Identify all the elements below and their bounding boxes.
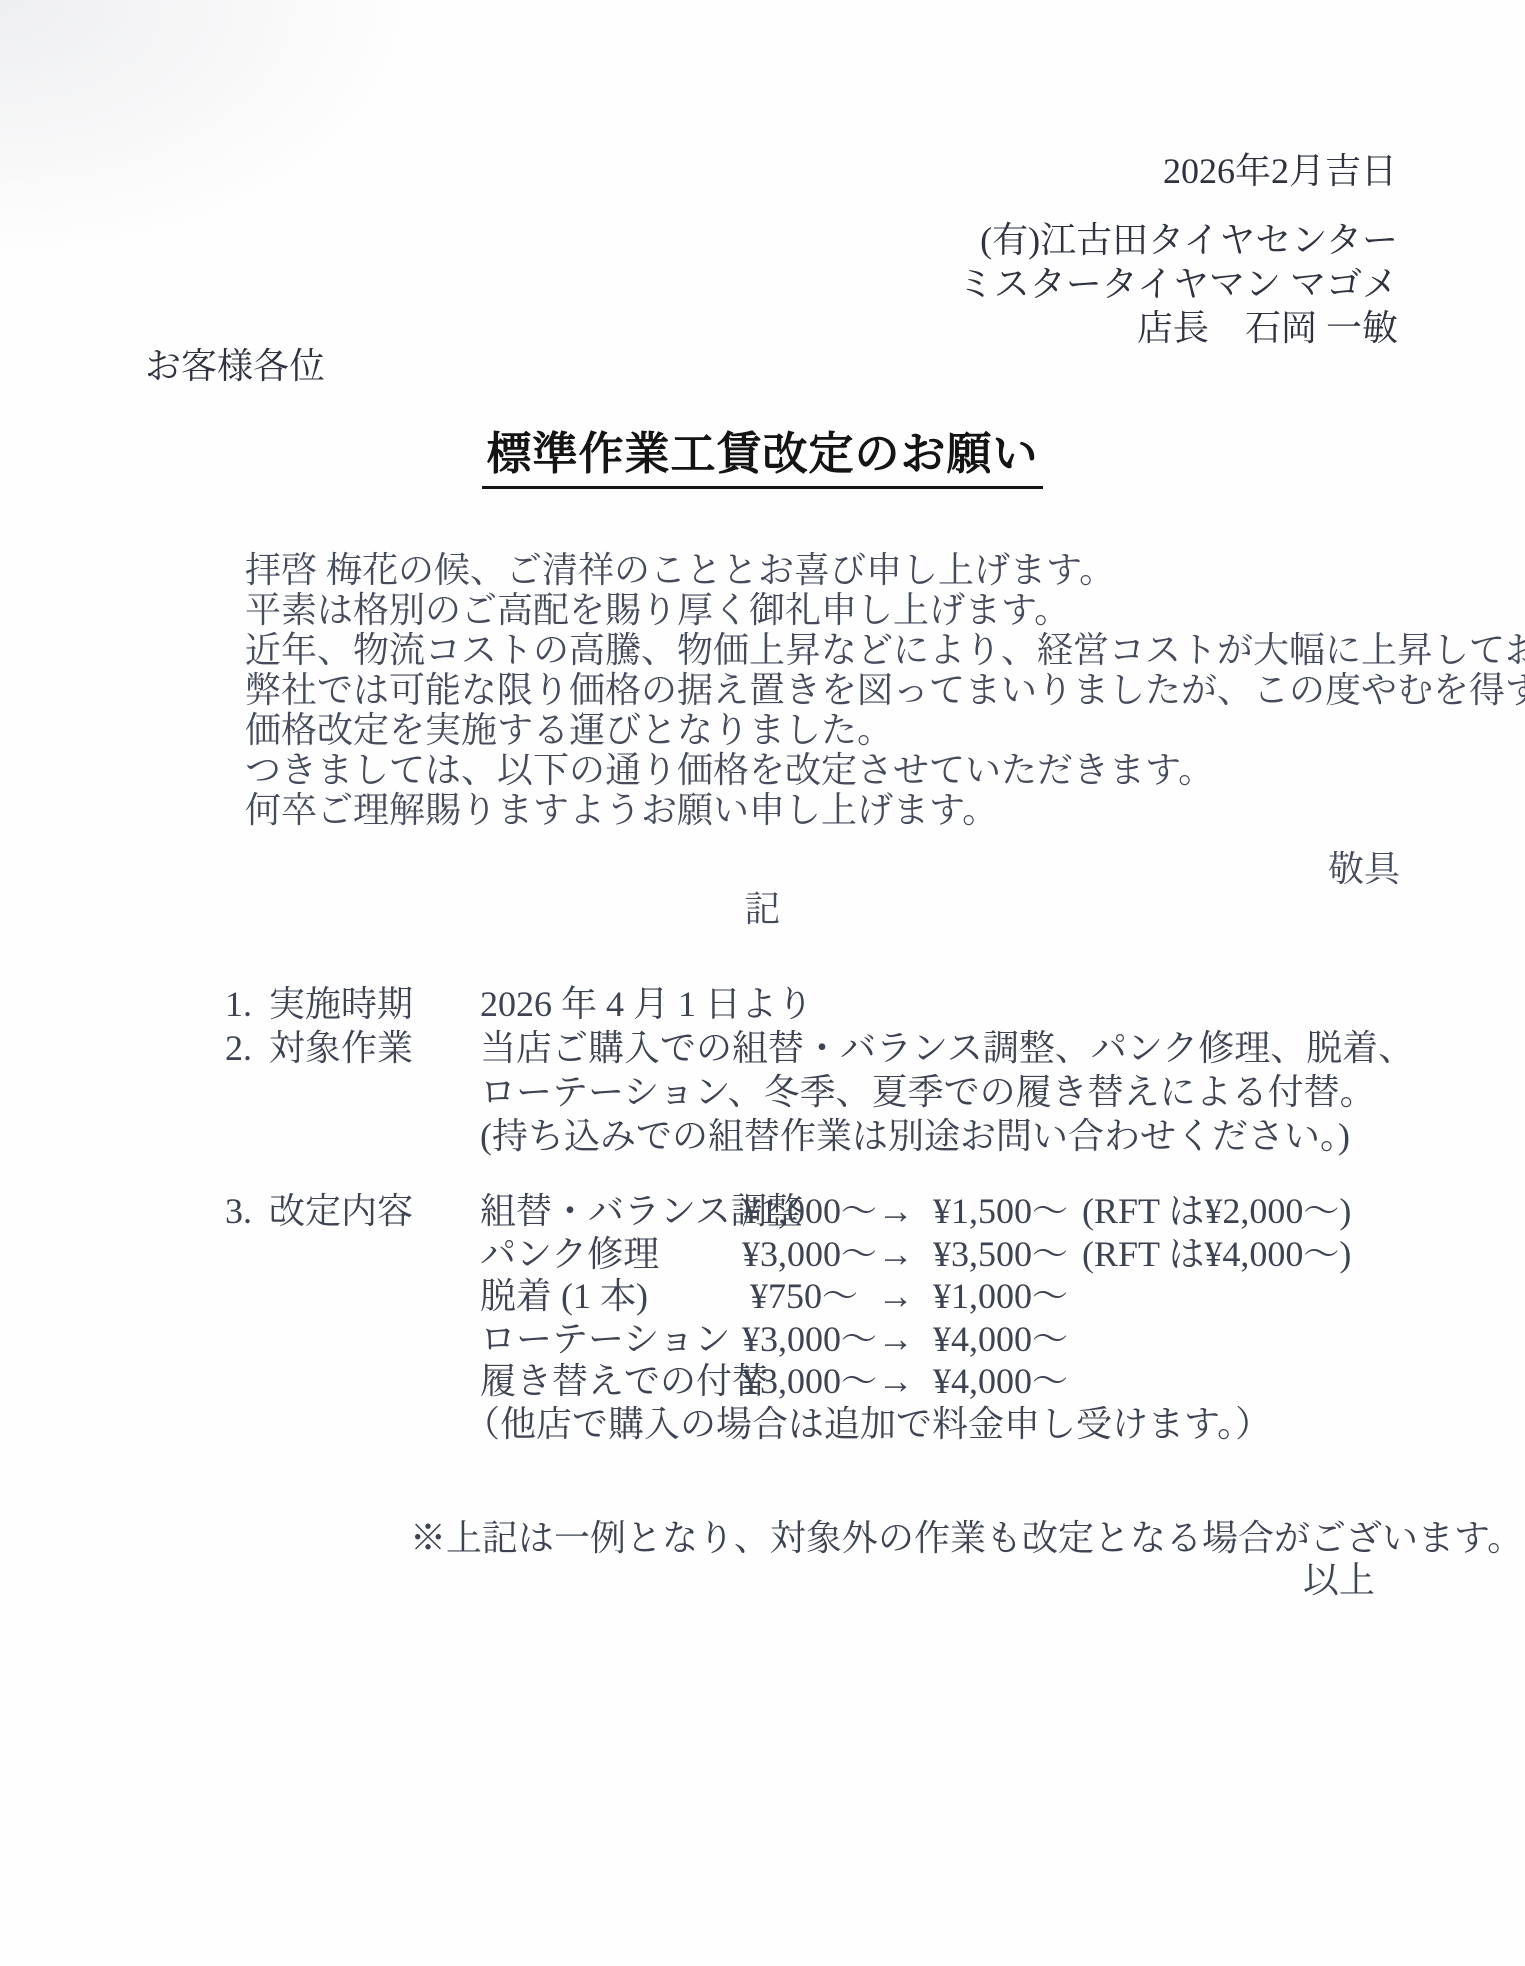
column-spacer <box>225 1318 269 1361</box>
body-paragraph: 拝啓 梅花の候、ご清祥のこととお喜び申し上げます。 平素は格別のご高配を賜り厚く… <box>245 550 1525 830</box>
body-line-6: つきましては、以下の通り価格を改定させていただきます。 <box>245 750 1525 790</box>
body-line-3: 近年、物流コストの高騰、物価上昇などにより、経営コストが大幅に上昇しております。 <box>245 630 1525 670</box>
sender-block: (有)江古田タイヤセンター ミスタータイヤマン マゴメ 店長 石岡 一敏 <box>958 218 1398 350</box>
item-number: 1. <box>225 982 269 1026</box>
column-spacer <box>225 1114 269 1158</box>
recipient-line: お客様各位 <box>145 345 325 387</box>
item-number: 2. <box>225 1026 269 1070</box>
column-spacer <box>225 1360 269 1403</box>
new-price: ¥3,500～ <box>933 1234 1068 1274</box>
new-price-cell: ¥4,000～ <box>933 1318 1351 1361</box>
price-remark: (RFT は¥4,000～) <box>1082 1234 1351 1274</box>
new-price: ¥4,000～ <box>933 1361 1068 1401</box>
column-spacer <box>269 1318 480 1361</box>
price-row: 脱着 (1 本) ¥750～ → ¥1,000～ <box>225 1275 1351 1318</box>
item-label: 対象作業 <box>269 1026 480 1070</box>
new-price: ¥4,000～ <box>933 1319 1068 1359</box>
arrow-glyph: → <box>858 1233 933 1276</box>
sender-brand: ミスタータイヤマン マゴメ <box>958 262 1398 306</box>
list-item-target-work-cont: ローテーション、冬季、夏季での履き替えによる付替。 <box>225 1070 1414 1114</box>
work-name: 組替・バランス調整 <box>480 1190 742 1233</box>
old-price: ¥3,000～ <box>742 1233 858 1276</box>
column-spacer <box>269 1070 480 1114</box>
item-content: 2026 年 4 月 1 日より <box>480 982 1414 1026</box>
column-spacer <box>269 1233 480 1276</box>
new-price: ¥1,500～ <box>933 1191 1068 1231</box>
column-spacer <box>225 1233 269 1276</box>
old-price: ¥1,000～ <box>742 1190 858 1233</box>
item-number: 3. <box>225 1190 269 1233</box>
old-price: ¥750～ <box>742 1275 858 1318</box>
price-row: パンク修理 ¥3,000～ → ¥3,500～(RFT は¥4,000～) <box>225 1233 1351 1276</box>
column-spacer <box>225 1403 269 1446</box>
item-content: 当店ご購入での組替・バランス調整、パンク修理、脱着、 <box>480 1026 1414 1070</box>
list-item-3-revision: 3. 改定内容 組替・バランス調整 ¥1,000～ → ¥1,500～(RFT … <box>225 1190 1351 1445</box>
end-marker-ijou: 以上 <box>1303 1552 1375 1603</box>
column-spacer <box>269 1360 480 1403</box>
work-name: ローテーション <box>480 1318 742 1361</box>
price-row: ローテーション ¥3,000～ → ¥4,000～ <box>225 1318 1351 1361</box>
record-marker-ki: 記 <box>0 881 1525 932</box>
list-item-target-work-note: (持ち込みでの組替作業は別途お問い合わせください。) <box>225 1114 1414 1158</box>
item-label: 改定内容 <box>269 1190 480 1233</box>
document-date: 2026年2月吉日 <box>1163 143 1397 194</box>
arrow-glyph: → <box>858 1275 933 1318</box>
old-price: ¥3,000～ <box>742 1360 858 1403</box>
letter-page: 2026年2月吉日 (有)江古田タイヤセンター ミスタータイヤマン マゴメ 店長… <box>0 0 1525 1966</box>
sender-manager: 店長 石岡 一敏 <box>958 306 1398 350</box>
other-store-note: （他店で購入の場合は追加で料金申し受けます。） <box>464 1403 1351 1446</box>
price-row: 3. 改定内容 組替・バランス調整 ¥1,000～ → ¥1,500～(RFT … <box>225 1190 1351 1233</box>
work-name: 履き替えでの付替 <box>480 1360 742 1403</box>
column-spacer <box>225 1070 269 1114</box>
list-item-target-work: 2. 対象作業 当店ご購入での組替・バランス調整、パンク修理、脱着、 <box>225 1026 1414 1070</box>
new-price-cell: ¥1,500～(RFT は¥2,000～) <box>933 1190 1351 1233</box>
body-line-1: 拝啓 梅花の候、ご清祥のこととお喜び申し上げます。 <box>245 550 1525 590</box>
body-line-4: 弊社では可能な限り価格の据え置きを図ってまいりましたが、この度やむを得ず <box>245 670 1525 710</box>
new-price: ¥1,000～ <box>933 1276 1068 1316</box>
item-label: 実施時期 <box>269 982 480 1026</box>
work-name: パンク修理 <box>480 1233 742 1276</box>
column-spacer <box>225 1275 269 1318</box>
list-item-schedule: 1. 実施時期 2026 年 4 月 1 日より <box>225 982 1414 1026</box>
arrow-glyph: → <box>858 1318 933 1361</box>
arrow-glyph: → <box>858 1190 933 1233</box>
price-note-row: （他店で購入の場合は追加で料金申し受けます。） <box>225 1403 1351 1446</box>
list-items-1-2: 1. 実施時期 2026 年 4 月 1 日より 2. 対象作業 当店ご購入での… <box>225 982 1414 1158</box>
item-content: (持ち込みでの組替作業は別途お問い合わせください。) <box>480 1114 1414 1158</box>
sender-company: (有)江古田タイヤセンター <box>958 218 1398 262</box>
document-title: 標準作業工賃改定のお願い <box>482 417 1042 489</box>
column-spacer <box>269 1114 480 1158</box>
old-price: ¥3,000～ <box>742 1318 858 1361</box>
new-price-cell: ¥4,000～ <box>933 1360 1351 1403</box>
arrow-glyph: → <box>858 1360 933 1403</box>
column-spacer <box>269 1275 480 1318</box>
price-remark: (RFT は¥2,000～) <box>1082 1191 1351 1231</box>
title-wrap: 標準作業工賃改定のお願い <box>0 417 1525 489</box>
new-price-cell: ¥1,000～ <box>933 1275 1351 1318</box>
item-content: ローテーション、冬季、夏季での履き替えによる付替。 <box>480 1070 1414 1114</box>
body-line-5: 価格改定を実施する運びとなりました。 <box>245 710 1525 750</box>
new-price-cell: ¥3,500～(RFT は¥4,000～) <box>933 1233 1351 1276</box>
price-row: 履き替えでの付替 ¥3,000～ → ¥4,000～ <box>225 1360 1351 1403</box>
column-spacer <box>269 1403 480 1446</box>
body-line-7: 何卒ご理解賜りますようお願い申し上げます。 <box>245 790 1525 830</box>
work-name: 脱着 (1 本) <box>480 1275 742 1318</box>
body-line-2: 平素は格別のご高配を賜り厚く御礼申し上げます。 <box>245 590 1525 630</box>
